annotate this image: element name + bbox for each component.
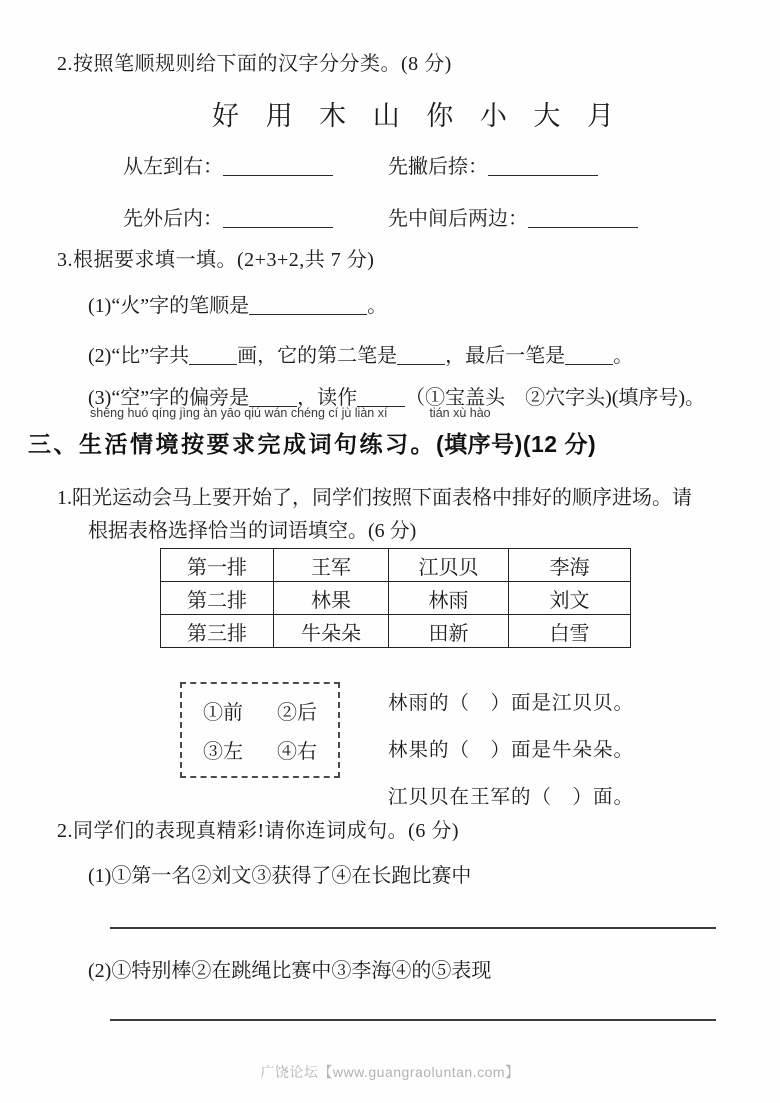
table-cell: 第二排 (161, 582, 274, 615)
q2-category-label: 从左到右： (123, 156, 223, 178)
fill-in-blank (488, 155, 598, 176)
q2-char: 大 (533, 94, 560, 133)
answer-line (110, 927, 716, 929)
table-row: 第一排 王军 江贝贝 李海 (161, 549, 631, 582)
q3-item-text: 。 (367, 295, 387, 317)
option-row: ①前 ②后 (182, 696, 338, 725)
option-item: ①前 (203, 696, 243, 725)
s3q2-item-1: (1)①第一名②刘文③获得了④在长跑比赛中 (88, 859, 471, 888)
answer-line (110, 1019, 716, 1021)
q2-char: 用 (266, 94, 293, 133)
q2-char: 木 (319, 94, 346, 133)
q3-item-text: (2)“比”字共 (88, 345, 189, 367)
section3-pinyin: shēng huó qíng jìng àn yāo qiú wán chéng… (90, 406, 491, 420)
table-cell: 江贝贝 (389, 549, 509, 582)
word-option-box: ①前 ②后 ③左 ④右 (180, 682, 340, 778)
q2-category-label: 先外后内： (123, 208, 223, 230)
q2-char: 你 (426, 94, 453, 133)
pinyin-suffix: tián xù hào (429, 406, 490, 420)
table-cell: 白雪 (509, 615, 631, 648)
fill-in-blank (189, 344, 237, 365)
s3q2-title: 2.同学们的表现真精彩!请你连词成句。(6 分) (57, 814, 459, 843)
q2-category-pie-na: 先撇后捺： (388, 150, 598, 179)
section3-heading-points: (填序号)(12 分) (436, 431, 596, 457)
option-item: ②后 (277, 696, 317, 725)
table-row: 第三排 牛朵朵 田新 白雪 (161, 615, 631, 648)
table-cell: 李海 (509, 549, 631, 582)
table-cell: 王军 (274, 549, 389, 582)
q2-character-row: 好 用 木 山 你 小 大 月 (212, 94, 614, 133)
q2-title: 2.按照笔顺规则给下面的汉字分分类。(8 分) (57, 47, 452, 76)
q3-item-text: 画，它的第二笔是 (237, 345, 397, 367)
table-cell: 牛朵朵 (274, 615, 389, 648)
table-row: 第二排 林果 林雨 刘文 (161, 582, 631, 615)
q2-category-middle-sides: 先中间后两边： (388, 202, 638, 231)
table-cell: 第一排 (161, 549, 274, 582)
pinyin-main: shēng huó qíng jìng àn yāo qiú wán chéng… (90, 406, 387, 420)
fill-in-blank (249, 294, 367, 315)
section3-heading: 三、生活情境按要求完成词句练习。(填序号)(12 分) (28, 426, 596, 459)
table-cell: 田新 (389, 615, 509, 648)
fill-in-blank (249, 386, 297, 407)
q2-category-left-right: 从左到右： (123, 150, 333, 179)
q2-char: 月 (587, 94, 614, 133)
fill-in-blank (397, 344, 445, 365)
table-cell: 林雨 (389, 582, 509, 615)
q3-item-text: (1)“火”字的笔顺是 (88, 295, 249, 317)
s3q1-text-line1: 1.阳光运动会马上要开始了，同学们按照下面表格中排好的顺序进场。请 (57, 481, 692, 510)
q2-category-label: 先撇后捺： (388, 156, 488, 178)
fill-sentences: 林雨的（ ）面是江贝贝。 林果的（ ）面是牛朵朵。 江贝贝在王军的（ ）面。 (388, 680, 634, 821)
q2-char: 好 (212, 94, 239, 133)
q3-item-text: ，最后一笔是 (445, 345, 565, 367)
fill-sentence: 林果的（ ）面是牛朵朵。 (388, 727, 634, 774)
q2-char: 小 (480, 94, 507, 133)
q2-category-outside-inside: 先外后内： (123, 202, 333, 231)
watermark-footer: 广饶论坛【www.guangraoluntan.com】 (0, 1062, 780, 1082)
q3-item-text: 。 (613, 345, 633, 367)
section3-heading-main: 三、生活情境按要求完成词句练习。 (28, 431, 436, 457)
worksheet-page: 2.按照笔顺规则给下面的汉字分分类。(8 分) 好 用 木 山 你 小 大 月 … (0, 0, 780, 1103)
q3-title: 3.根据要求填一填。(2+3+2,共 7 分) (57, 243, 374, 272)
table-cell: 第三排 (161, 615, 274, 648)
fill-sentence: 林雨的（ ）面是江贝贝。 (388, 680, 634, 727)
q3-item-2: (2)“比”字共画，它的第二笔是，最后一笔是。 (88, 339, 633, 368)
fill-in-blank (565, 344, 613, 365)
q2-char: 山 (373, 94, 400, 133)
fill-in-blank (223, 207, 333, 228)
s3q2-item-2: (2)①特别棒②在跳绳比赛中③李海④的⑤表现 (88, 954, 491, 983)
option-row: ③左 ④右 (182, 735, 338, 764)
s3q1-text-line2: 根据表格选择恰当的词语填空。(6 分) (88, 514, 416, 543)
option-item: ④右 (277, 735, 317, 764)
q2-category-label: 先中间后两边： (388, 208, 528, 230)
table-cell: 林果 (274, 582, 389, 615)
fill-in-blank (528, 207, 638, 228)
option-item: ③左 (203, 735, 243, 764)
q3-item-1: (1)“火”字的笔顺是。 (88, 289, 387, 318)
seating-table: 第一排 王军 江贝贝 李海 第二排 林果 林雨 刘文 第三排 牛朵朵 田新 白雪 (160, 548, 631, 648)
fill-in-blank (223, 155, 333, 176)
table-cell: 刘文 (509, 582, 631, 615)
fill-in-blank (357, 386, 405, 407)
